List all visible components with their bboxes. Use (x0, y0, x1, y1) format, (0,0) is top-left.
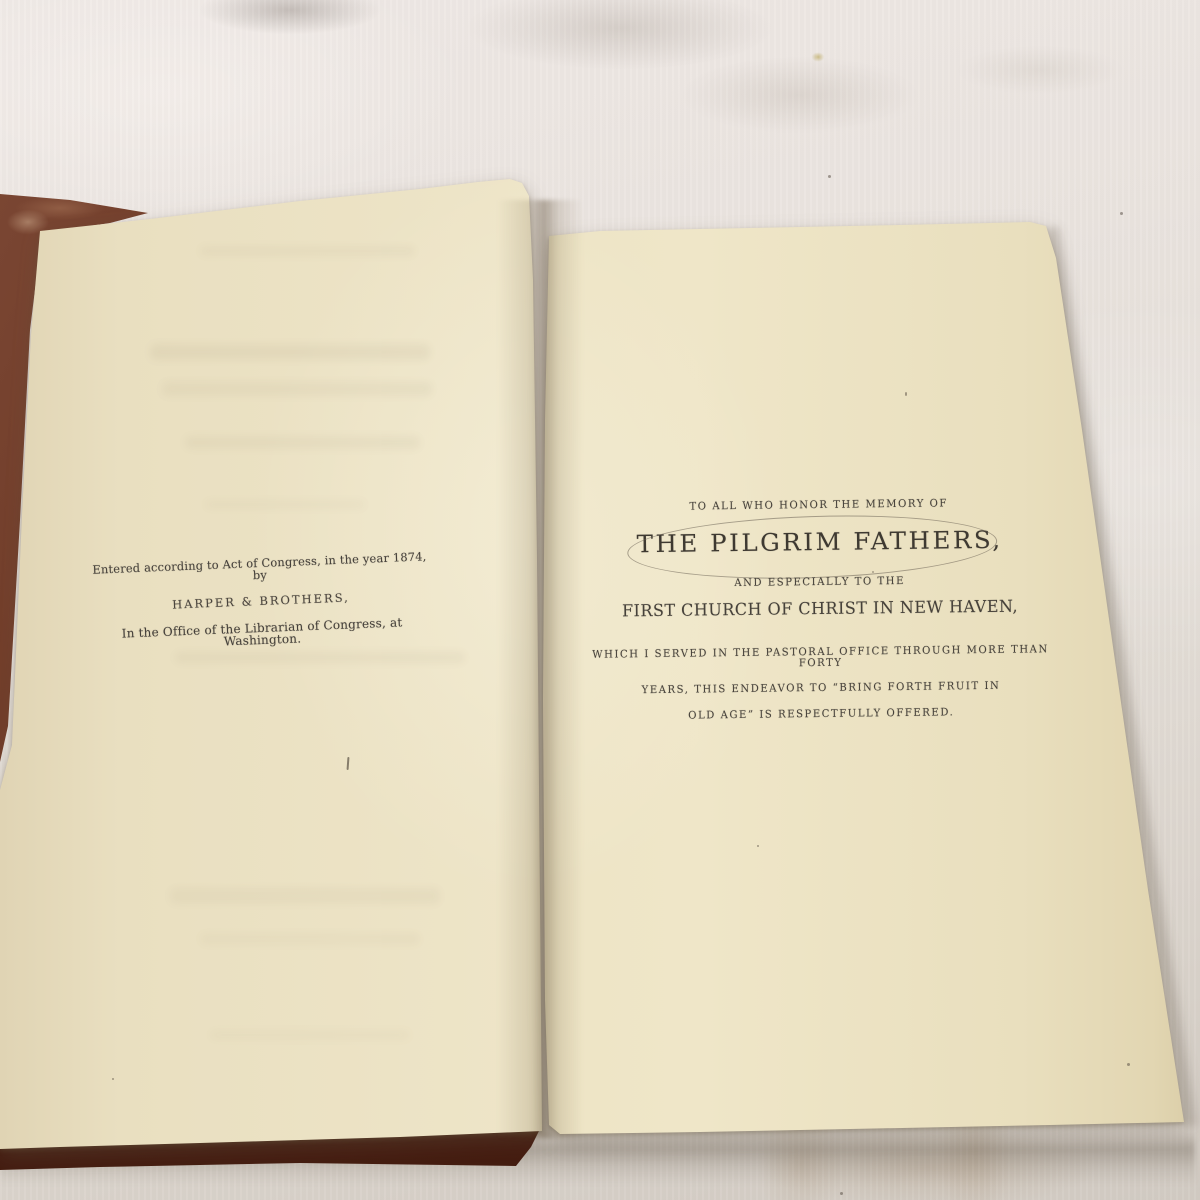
right-page-wrap: TO ALL WHO HONOR THE MEMORY OF THE PILGR… (0, 0, 1200, 1200)
dedication-line-3: AND ESPECIALLY TO THE (580, 574, 1060, 590)
dedication-line-1: TO ALL WHO HONOR THE MEMORY OF (579, 497, 1059, 513)
dedication-church-line: FIRST CHURCH OF CHRIST IN NEW HAVEN, (577, 598, 1062, 620)
right-page: TO ALL WHO HONOR THE MEMORY OF THE PILGR… (0, 0, 1200, 1200)
dedication-line-6: YEARS, THIS ENDEAVOR TO “BRING FORTH FRU… (581, 680, 1061, 696)
dedication-line-7: OLD AGE” IS RESPECTFULLY OFFERED. (581, 706, 1061, 722)
dust-speck (1120, 212, 1123, 215)
dust-speck (112, 1078, 114, 1080)
dedication-title-wrap: THE PILGRIM FATHERS, (569, 524, 1069, 559)
pencil-dot (872, 571, 874, 573)
dust-speck (828, 175, 831, 178)
open-book-photograph: Entered according to Act of Congress, in… (0, 0, 1200, 1200)
dust-speck (840, 1192, 843, 1195)
pencil-oval-annotation (626, 509, 998, 583)
dedication-text: TO ALL WHO HONOR THE MEMORY OF THE PILGR… (569, 497, 1072, 722)
dust-speck (1127, 1063, 1130, 1066)
dedication-line-5: WHICH I SERVED IN THE PASTORAL OFFICE TH… (580, 644, 1060, 671)
dust-speck (905, 392, 907, 396)
dust-speck (757, 845, 759, 847)
